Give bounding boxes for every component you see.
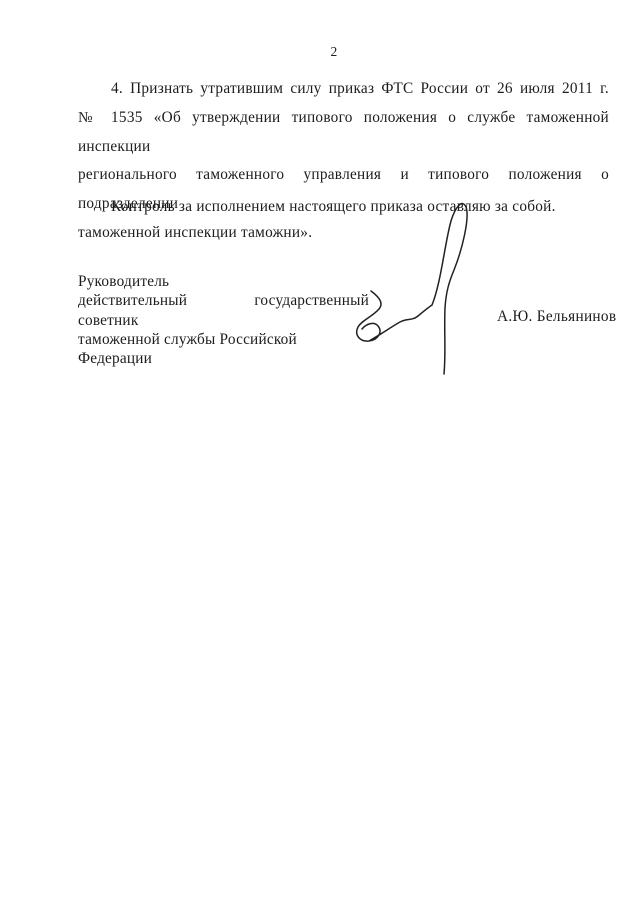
- document-page: 2 4. Признать утратившим силу приказ ФТС…: [0, 0, 640, 900]
- signature-handwriting: [340, 195, 485, 390]
- signature-loop-stroke: [432, 204, 467, 374]
- signatory-title-line-1: Руководитель: [78, 272, 369, 291]
- signatory-name: А.Ю. Бельянинов: [497, 308, 616, 326]
- clause-4-line-2: № 1535 «Об утверждении типового положени…: [78, 104, 609, 162]
- signatory-title-line-3: таможенной службы Российской Федерации: [78, 330, 369, 369]
- signature-flourish-stroke: [357, 291, 432, 341]
- signatory-title-line-2: действительный государственный советник: [78, 291, 369, 330]
- page-number: 2: [0, 44, 640, 60]
- signatory-title-block: Руководитель действительный государствен…: [78, 272, 369, 368]
- clause-4-line-1: 4. Признать утратившим силу приказ ФТС Р…: [78, 75, 609, 104]
